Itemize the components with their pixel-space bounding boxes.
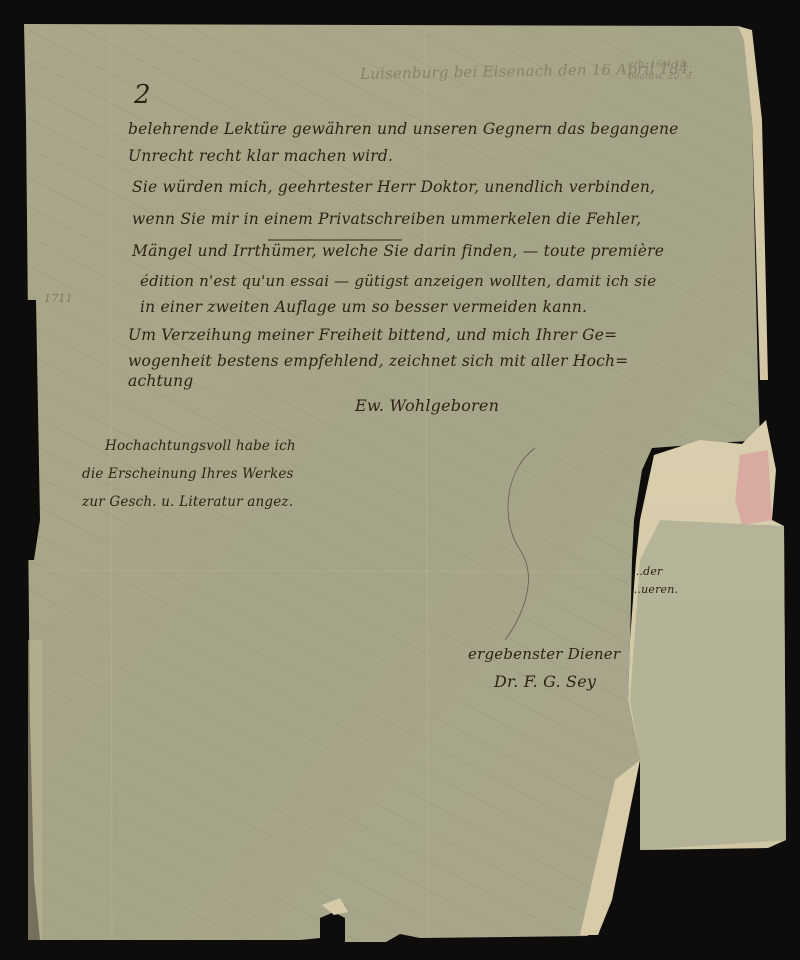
body-line-5: Mängel und Irrthümer, welche Sie darin f… bbox=[132, 242, 664, 260]
margin-mark-left: 1711 bbox=[44, 292, 73, 305]
body-line-4: wenn Sie mir in einem Privatschreiben um… bbox=[132, 210, 641, 228]
body-line-1: belehrende Lektüre gewähren und unseren … bbox=[128, 120, 679, 138]
left-note-line-2: die Erscheinung Ihres Werkes bbox=[82, 466, 294, 482]
body-line-6: édition n'est qu'un essai — gütigst anze… bbox=[140, 272, 656, 290]
body-line-8: Um Verzeihung meiner Freiheit bittend, u… bbox=[128, 326, 617, 344]
body-line-2: Unrecht recht klar machen wird. bbox=[128, 147, 393, 165]
pink-fragment bbox=[735, 450, 772, 525]
body-line-7: in einer zweiten Auflage um so besser ve… bbox=[140, 298, 587, 316]
page-number: 2 bbox=[134, 80, 151, 110]
left-note-line-1: Hochachtungsvoll habe ich bbox=[105, 438, 296, 454]
faint-note-top-right-1: erh. 16/4 18.. bbox=[628, 60, 692, 70]
fragment-text-2: ...ueren. bbox=[630, 583, 678, 596]
signature-line-1: ergebenster Diener bbox=[468, 645, 620, 663]
left-note-line-3: zur Gesch. u. Literatur angez. bbox=[82, 494, 293, 510]
body-line-9: wogenheit bestens empfehlend, zeichnet s… bbox=[128, 352, 628, 370]
closing-name: Ew. Wohlgeboren bbox=[355, 396, 499, 415]
fragment-text-1: ...der bbox=[632, 565, 663, 578]
body-line-10: achtung bbox=[128, 372, 193, 390]
signature-line-2: Dr. F. G. Sey bbox=[494, 672, 596, 691]
body-line-3: Sie würden mich, geehrtester Herr Doktor… bbox=[132, 178, 655, 196]
faint-note-top-right-2: beantw. 20. d. bbox=[628, 72, 695, 82]
